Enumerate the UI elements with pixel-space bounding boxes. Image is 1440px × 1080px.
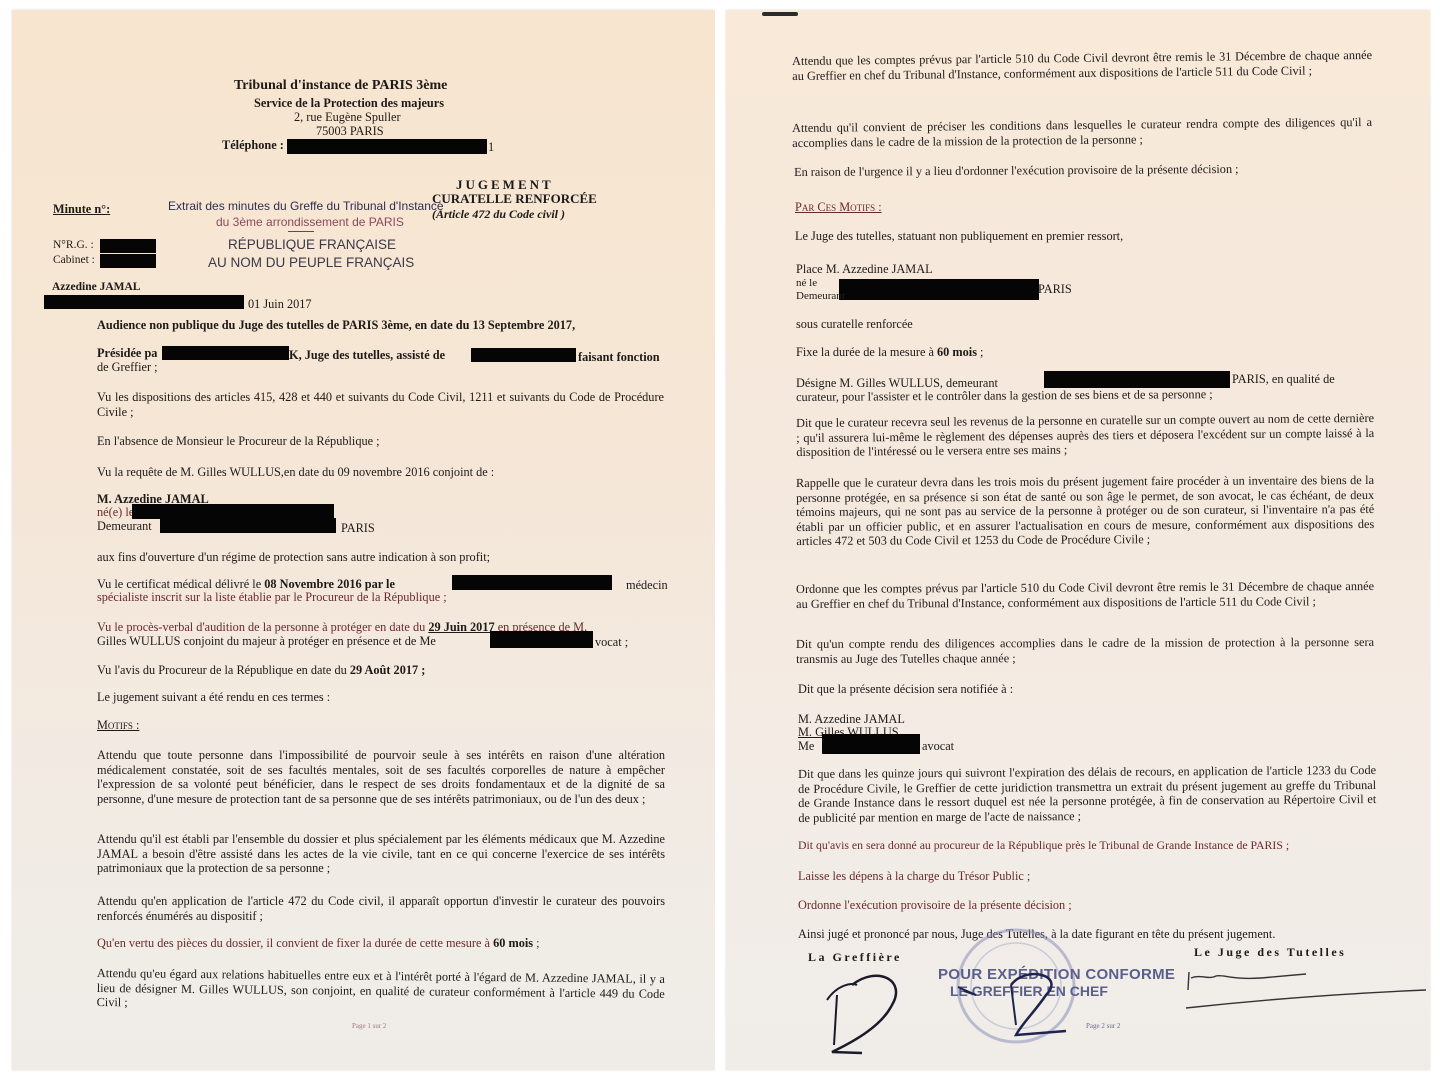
right-p-execution: Ordonne l'exécution provisoire de la pré…: [798, 898, 1072, 913]
right-p2: Attendu qu'il convient de préciser les c…: [792, 115, 1372, 150]
redacted-lawyer: [490, 631, 593, 648]
motif-3: Attendu qu'en application de l'article 4…: [97, 894, 665, 923]
court-name: Tribunal d'instance de PARIS 3ème: [234, 78, 447, 94]
redacted-cabinet: [100, 254, 156, 268]
presided-line2: de Greffier ;: [97, 360, 158, 375]
page-separator: [715, 0, 726, 1080]
phone-suffix: 1: [488, 140, 494, 155]
redacted-birth-right: [839, 279, 1039, 300]
presided-mid: K, Juge des tutelles, assisté de: [289, 348, 445, 363]
right-p-quinze: Dit que dans les quinze jours qui suivro…: [798, 763, 1376, 825]
motif-1: Attendu que toute personne dans l'imposs…: [97, 748, 665, 806]
right-p-compte-rendu: Dit qu'un compte rendu des diligences ac…: [796, 635, 1374, 666]
right-p1: Attendu que les comptes prévus par l'art…: [792, 48, 1372, 83]
certificat-line2: spécialiste inscrit sur la liste établie…: [97, 590, 447, 605]
document-page-1: Tribunal d'instance de PARIS 3ème Servic…: [12, 10, 715, 1070]
par-ces-motifs-heading: Par Ces Motifs :: [795, 200, 882, 215]
phone-label: Téléphone :: [222, 138, 284, 153]
page-footer-2: Page 2 sur 2: [1086, 1022, 1120, 1030]
judge-statement: Le Juge des tutelles, statuant non publi…: [795, 229, 1123, 244]
certificat-suffix: médecin: [626, 578, 668, 593]
stamp-republique: RÉPUBLIQUE FRANÇAISE: [228, 237, 396, 252]
redacted-judge: [162, 346, 289, 360]
redacted-address: [160, 518, 336, 533]
judgment-subtitle: CURATELLE RENFORCÉE: [432, 191, 597, 207]
certificat-prefix: Vu le certificat médical délivré le: [97, 577, 264, 591]
notify-me-label: Me: [798, 739, 814, 754]
redacted-clerk: [471, 348, 576, 362]
judge-signature-icon: [1181, 970, 1426, 1020]
vu-requete: Vu la requête de M. Gilles WULLUS,en dat…: [97, 465, 494, 480]
pv-line2-prefix: Gilles WULLUS conjoint du majeur à proté…: [97, 634, 436, 649]
residing-label: Demeurant: [97, 519, 152, 534]
right-p-depens: Laisse les dépens à la charge du Trésor …: [798, 869, 1030, 884]
motif-4: Qu'en vertu des pièces du dossier, il co…: [97, 936, 540, 951]
certificat-date: 08 Novembre 2016 par le: [264, 577, 395, 591]
designate-line2: curateur, pour l'assister et le contrôle…: [796, 387, 1213, 404]
court-service: Service de la Protection des majeurs: [254, 96, 444, 111]
minute-label: Minute n°:: [53, 202, 110, 217]
signature-label-juge: Le Juge des Tutelles: [1194, 945, 1346, 960]
motifs-heading: Motifs :: [97, 718, 139, 733]
vu-dispositions: Vu les dispositions des articles 415, 42…: [97, 390, 664, 419]
greffiere-signature-icon: [822, 960, 922, 1060]
residing-city: PARIS: [341, 521, 375, 536]
absence-procureur: En l'absence de Monsieur le Procureur de…: [97, 434, 380, 449]
right-p-notifiee: Dit que la présente décision sera notifi…: [798, 682, 1013, 697]
redacted-birth: [132, 504, 334, 519]
presided-suffix: faisant fonction: [578, 350, 660, 365]
document-page-2: Attendu que les comptes prévus par l'art…: [726, 10, 1430, 1070]
stamp-extrait-line1: Extrait des minutes du Greffe du Tribuna…: [168, 199, 444, 213]
avis-prefix: Vu l'avis du Procureur de la République …: [97, 663, 350, 677]
motif-5: Attendu qu'eu égard aux relations habitu…: [97, 966, 665, 1016]
residing-label-right: Demeurant: [796, 289, 845, 304]
motif-4-suffix: ;: [533, 936, 540, 950]
stamp-extrait-line2: du 3ème arrondissement de PARIS: [216, 215, 404, 229]
party-date: 01 Juin 2017: [248, 297, 312, 312]
born-label: né(e) le: [97, 505, 134, 520]
nrg-label: N°R.G. :: [53, 238, 94, 253]
redacted-party-info: [44, 295, 244, 309]
presided-prefix: Présidée pa: [97, 346, 157, 361]
rendered-line: Le jugement suivant a été rendu en ces t…: [97, 690, 330, 705]
pv-line2-suffix: vocat ;: [595, 635, 628, 650]
avis-procureur: Vu l'avis du Procureur de la République …: [97, 663, 425, 678]
right-p3: En raison de l'urgence il y a lieu d'ord…: [794, 162, 1239, 180]
chief-clerk-signature-icon: [956, 965, 1076, 1045]
duration-line: Fixe la durée de la mesure à 60 mois ;: [796, 345, 983, 360]
right-p-revenus: Dit que le curateur recevra seul les rev…: [796, 411, 1374, 460]
redacted-doctor: [452, 575, 612, 590]
motif-4-prefix: Qu'en vertu des pièces du dossier, il co…: [97, 936, 493, 950]
pv-date: 29 Juin 2017: [428, 620, 494, 634]
redacted-phone: [287, 139, 487, 154]
right-p-avis: Dit qu'avis en sera donné au procureur d…: [798, 838, 1289, 853]
aux-fins: aux fins d'ouverture d'un régime de prot…: [97, 550, 490, 565]
cabinet-label: Cabinet :: [53, 253, 95, 268]
residing-city-right: PARIS: [1038, 282, 1072, 297]
right-p-inventaire: Rappelle que le curateur devra dans les …: [796, 473, 1374, 549]
stamp-peuple: AU NOM DU PEUPLE FRANÇAIS: [208, 255, 414, 270]
notify-me-suffix: avocat: [922, 739, 954, 754]
redacted-notify-lawyer: [822, 734, 920, 754]
right-p-comptes: Ordonne que les comptes prévus par l'art…: [796, 579, 1374, 611]
judgment-article: (Article 472 du Code civil ): [432, 207, 565, 222]
page-footer-1: Page 1 sur 2: [352, 1022, 386, 1030]
court-street: 2, rue Eugène Spuller: [294, 110, 401, 125]
duration-prefix: Fixe la durée de la mesure à: [796, 345, 937, 359]
regime-line: sous curatelle renforcée: [796, 317, 913, 332]
page-edge-mark: [762, 12, 798, 16]
avis-date: 29 Août 2017 ;: [350, 663, 426, 677]
court-city: 75003 PARIS: [316, 124, 384, 139]
place-line: Place M. Azzedine JAMAL: [796, 262, 933, 277]
redacted-curator-address: [1044, 371, 1230, 388]
pv-prefix: Vu le procès-verbal d'audition de la per…: [97, 620, 428, 634]
stamp-divider: [288, 231, 314, 232]
redacted-nrg: [100, 239, 156, 253]
designate-suffix: PARIS, en qualité de: [1232, 372, 1335, 387]
duration-suffix: ;: [977, 345, 984, 359]
motif-4-value: 60 mois: [493, 936, 533, 950]
motif-2: Attendu qu'il est établi par l'ensemble …: [97, 832, 665, 876]
hearing-line: Audience non publique du Juge des tutell…: [97, 318, 575, 333]
duration-value: 60 mois: [937, 345, 977, 359]
party-name: Azzedine JAMAL: [52, 280, 140, 295]
